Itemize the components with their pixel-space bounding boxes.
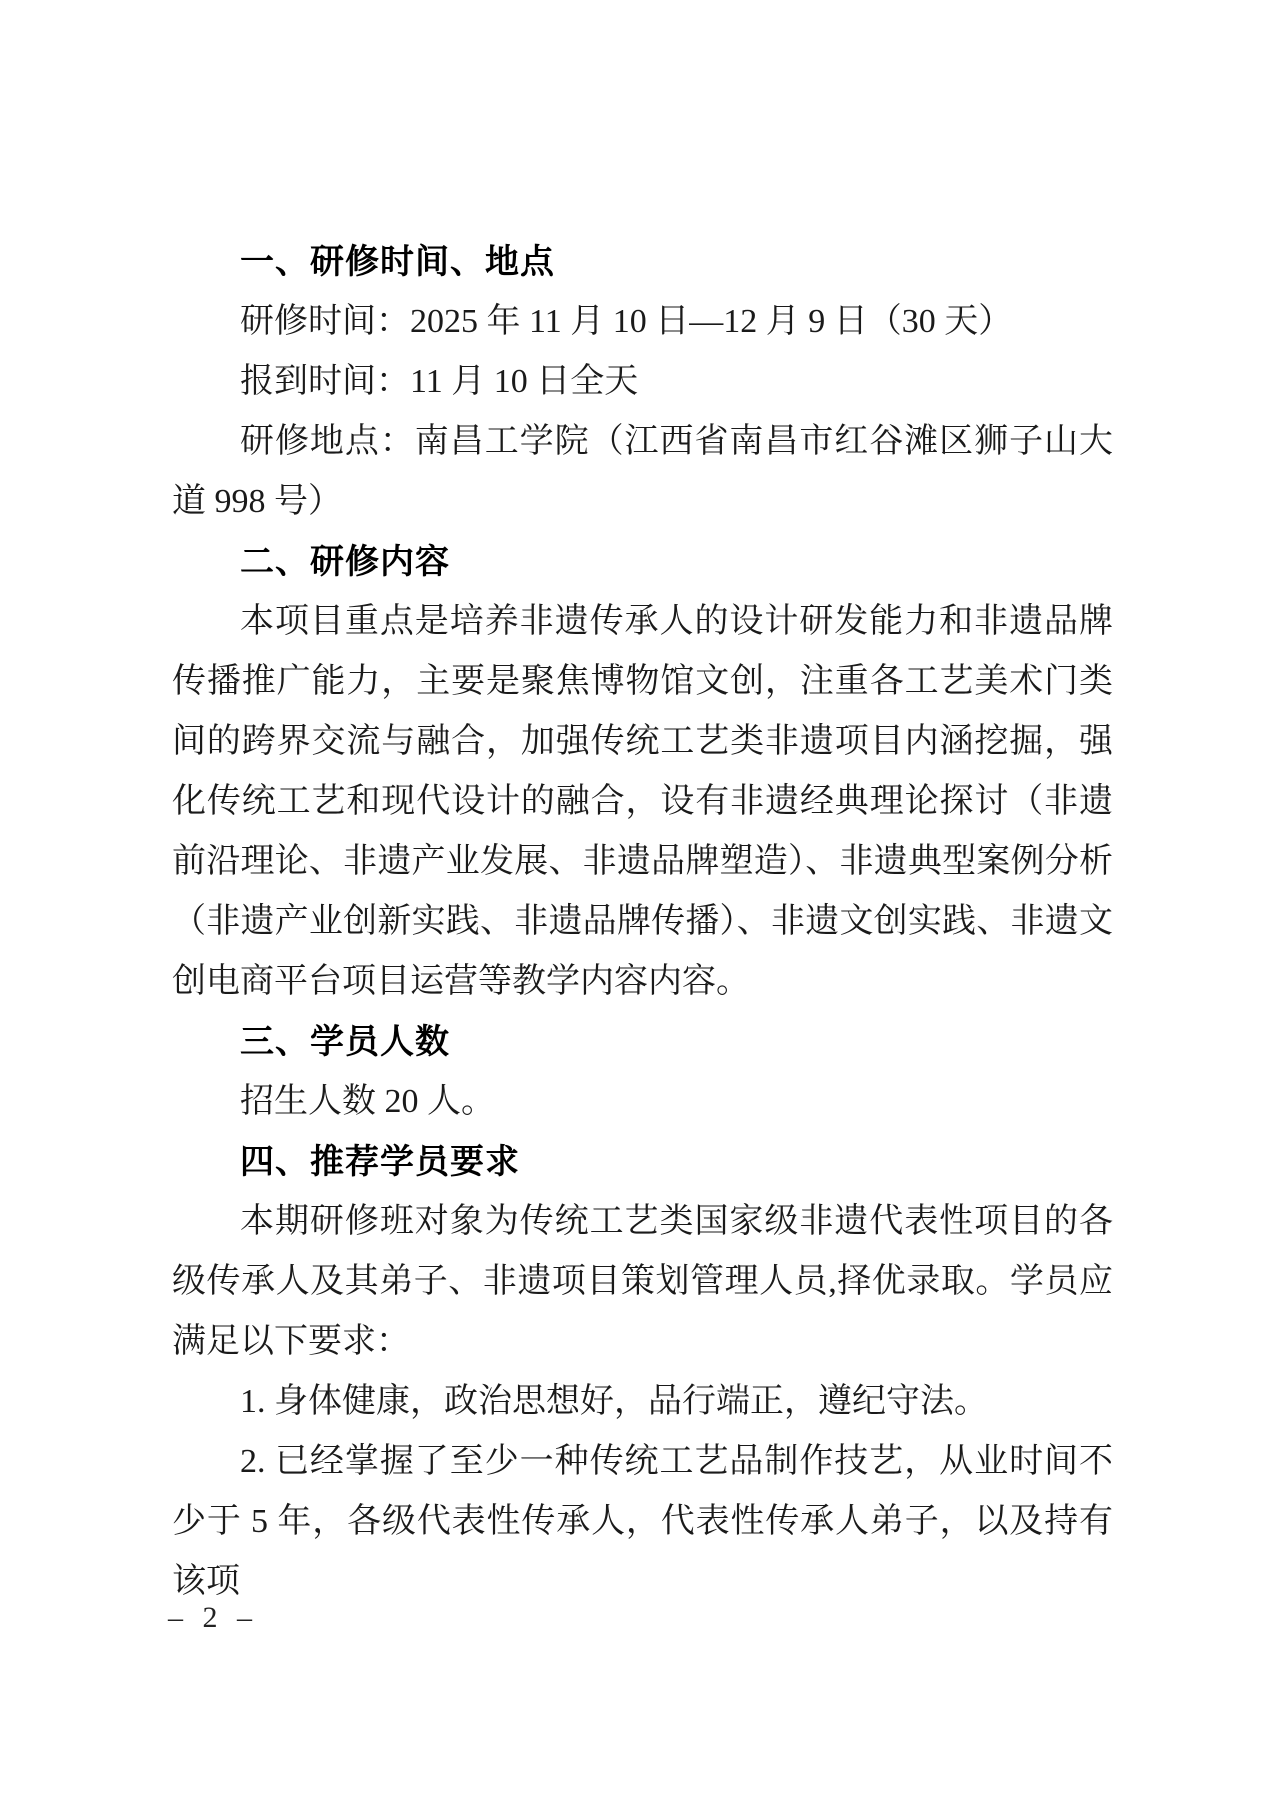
- paragraph: 招生人数 20 人。: [172, 1072, 1113, 1132]
- paragraph: 本期研修班对象为传统工艺类国家级非遗代表性项目的各级传承人及其弟子、非遗项目策划…: [172, 1192, 1113, 1372]
- paragraph: 研修地点：南昌工学院（江西省南昌市红谷滩区狮子山大道 998 号）: [172, 412, 1113, 532]
- paragraph: 本项目重点是培养非遗传承人的设计研发能力和非遗品牌传播推广能力，主要是聚焦博物馆…: [172, 592, 1113, 1012]
- page-number: – 2 –: [168, 1601, 258, 1635]
- paragraph: 研修时间：2025 年 11 月 10 日—12 月 9 日（30 天）: [172, 292, 1113, 352]
- section-heading: 一、研修时间、地点: [172, 232, 1113, 292]
- section-heading: 四、推荐学员要求: [172, 1132, 1113, 1192]
- document-body: 一、研修时间、地点研修时间：2025 年 11 月 10 日—12 月 9 日（…: [172, 232, 1113, 1612]
- paragraph: 1. 身体健康，政治思想好，品行端正，遵纪守法。: [172, 1372, 1113, 1432]
- section-heading: 三、学员人数: [172, 1012, 1113, 1072]
- paragraph: 报到时间：11 月 10 日全天: [172, 352, 1113, 412]
- document-page: 一、研修时间、地点研修时间：2025 年 11 月 10 日—12 月 9 日（…: [0, 0, 1280, 1810]
- paragraph: 2. 已经掌握了至少一种传统工艺品制作技艺，从业时间不少于 5 年，各级代表性传…: [172, 1432, 1113, 1612]
- section-heading: 二、研修内容: [172, 532, 1113, 592]
